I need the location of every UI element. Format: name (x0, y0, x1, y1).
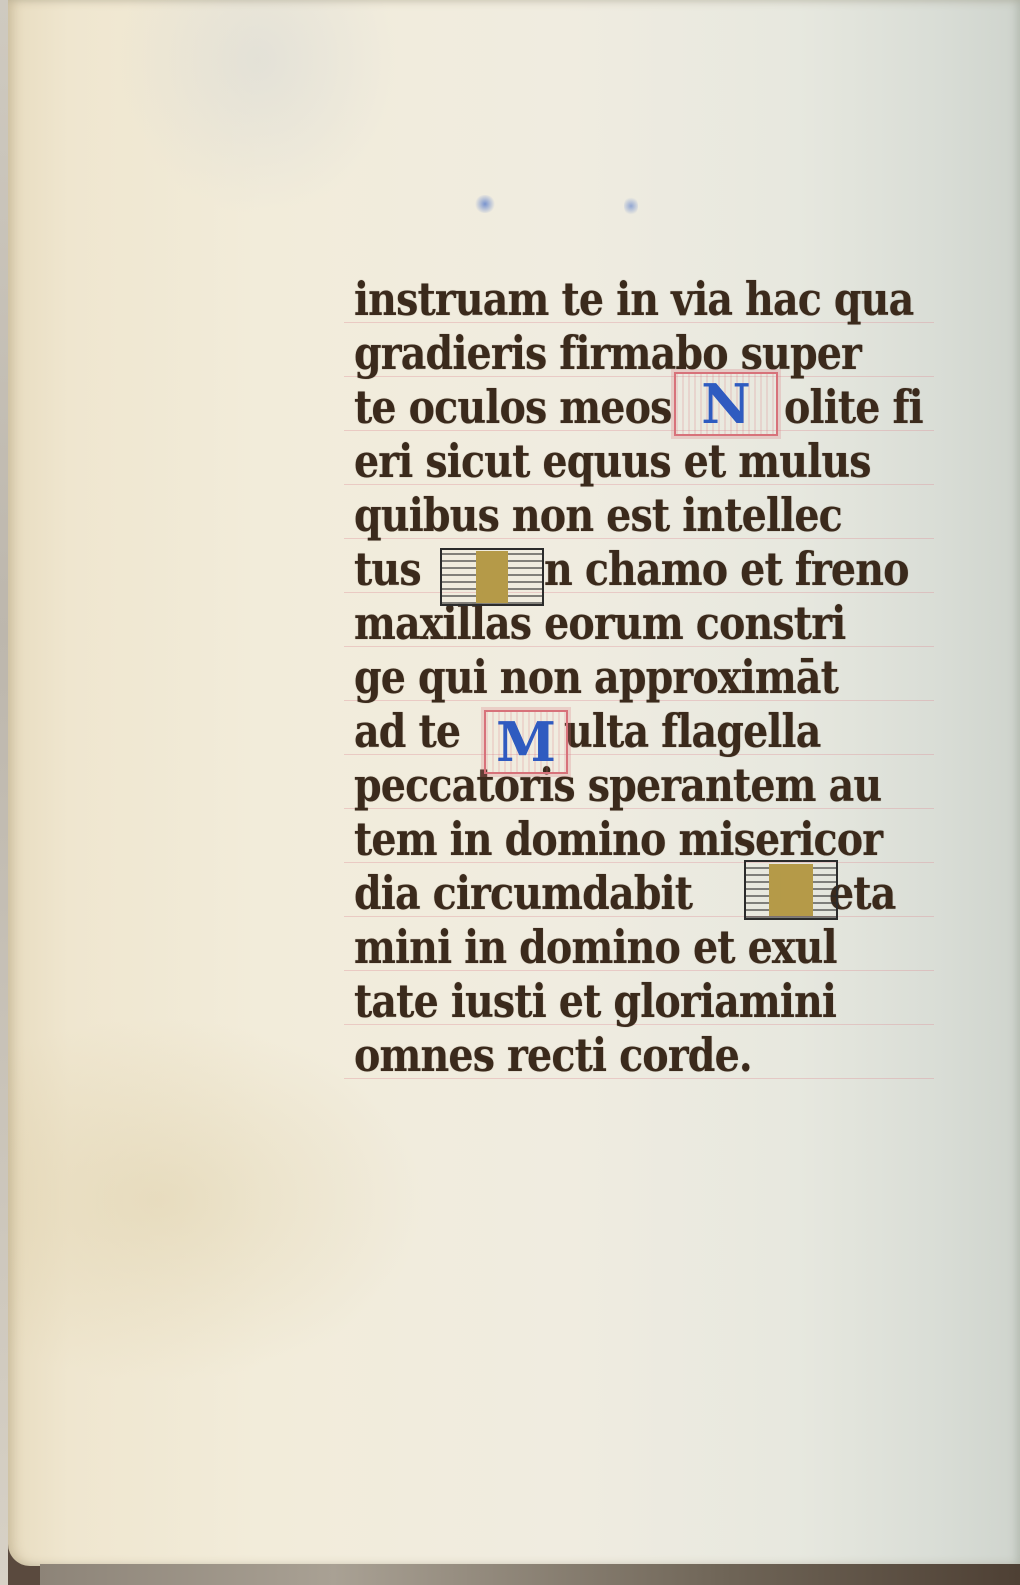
text-line: omnes recti corde. (354, 1028, 752, 1082)
text-line-continuation: eta (829, 866, 896, 920)
initial-i: I (440, 548, 544, 606)
text-line: eri sicut equus et mulus (354, 434, 871, 488)
text-line: instruam te in via hac qua (354, 272, 913, 326)
text-line: tem in domino misericor (354, 812, 882, 866)
text-line: te oculos meos (354, 380, 672, 434)
scan-edge (40, 1564, 1020, 1585)
text-line: maxillas eorum constri (354, 596, 845, 650)
manuscript-leaf: instruam te in via hac qua gradieris fir… (8, 0, 1020, 1566)
ink-stain (624, 196, 638, 216)
text-line: ge qui non approximāt (354, 650, 838, 704)
text-line-continuation: ulta flagella (564, 704, 820, 758)
initial-m: M (484, 710, 568, 774)
text-line: gradieris firmabo super (354, 326, 861, 380)
scan-edge (0, 0, 8, 1585)
initial-n: N (674, 372, 778, 436)
text-line-continuation: olite fi (784, 380, 923, 434)
text-line: dia circumdabit (354, 866, 692, 920)
text-line: tus (354, 542, 421, 596)
text-line: tate iusti et gloriamini (354, 974, 836, 1028)
text-line-continuation: n chamo et freno (544, 542, 909, 596)
text-line: peccatoris sperantem au (354, 758, 881, 812)
text-line: mini in domino et exul (354, 920, 837, 974)
text-line: ad te (354, 704, 460, 758)
text-block: instruam te in via hac qua gradieris fir… (344, 272, 934, 1087)
text-line: quibus non est intellec (354, 488, 842, 542)
initial-l: L (744, 860, 838, 920)
ink-stain (474, 195, 496, 213)
